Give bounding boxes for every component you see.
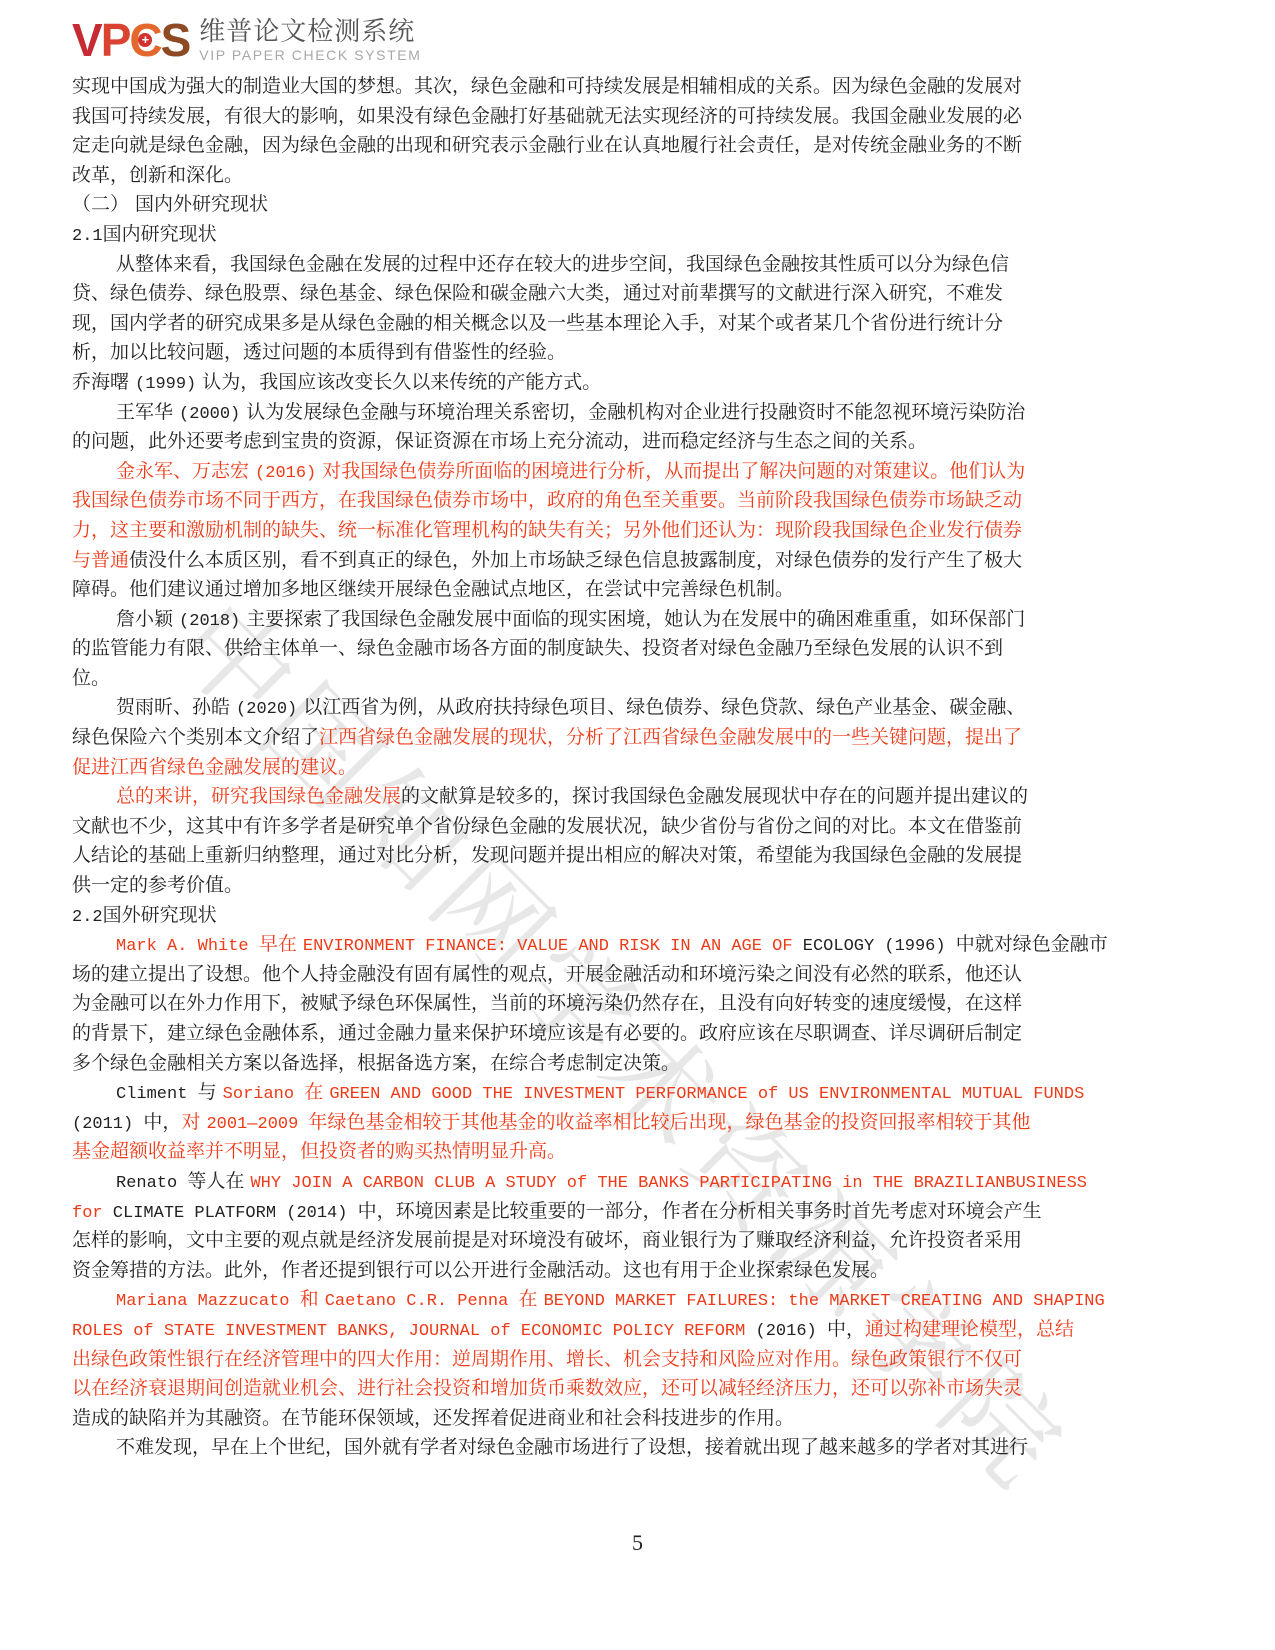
text-segment: (1999): [135, 375, 196, 394]
text-line: 贺雨昕、孙皓 (2020) 以江西省为例，从政府扶持绿色项目、绿色债券、绿色贷款…: [72, 693, 1138, 723]
text-segment: 改革，创新和深化。: [72, 164, 243, 186]
document-header: V P C+ S 维普论文检测系统 VIP PAPER CHECK SYSTEM: [72, 16, 421, 72]
text-segment: (2016): [745, 1322, 827, 1341]
text-line: (2011) 中，对 2001—2009 年绿色基金相较于其他基金的收益率相比较…: [72, 1108, 1138, 1138]
text-line: 文献也不少，这其中有许多学者是研究单个省份绿色金融的发展状况，缺少省份与省份之间…: [72, 812, 1138, 842]
text-segment: 为金融可以在外力作用下，被赋予绿色环保属性，当前的环境污染仍然存在，且没有向好转…: [72, 992, 1022, 1014]
logo-title-cn: 维普论文检测系统: [199, 16, 421, 48]
highlighted-text: 我国绿色债券市场不同于西方，在我国绿色债券市场中，政府的角色至关重要。当前阶段我…: [72, 489, 1022, 511]
text-line: 析，加以比较问题，透过问题的本质得到有借鉴性的经验。: [72, 338, 1138, 368]
text-segment: 认为发展绿色金融与环境治理关系密切，金融机构对企业进行投融资时不能忽视环境污染防…: [240, 401, 1025, 423]
text-segment: 詹小颖: [116, 608, 179, 630]
text-segment: 认为，我国应该改变长久以来传统的产能方式。: [196, 371, 601, 393]
text-segment: 不难发现，早在上个世纪，国外就有学者对绿色金融市场进行了设想，接着就出现了越来越…: [116, 1436, 1028, 1458]
text-segment: Climent: [116, 1085, 198, 1104]
highlighted-text: 力，这主要和激励机制的缺失、统一标准化管理机构的缺失有关；另外他们还认为：现阶段…: [72, 519, 1022, 541]
highlighted-text: Mark A. White: [116, 937, 259, 956]
highlighted-text: Mariana Mazzucato: [116, 1292, 300, 1311]
text-line: for CLIMATE PLATFORM (2014) 中，环境因素是比较重要的…: [72, 1197, 1138, 1227]
text-line: 实现中国成为强大的制造业大国的梦想。其次，绿色金融和可持续发展是相辅相成的关系。…: [72, 72, 1138, 102]
text-segment: 2.2: [72, 908, 103, 927]
text-line: 金永军、万志宏 (2016) 对我国绿色债券所面临的困境进行分析，从而提出了解决…: [72, 457, 1138, 487]
highlighted-text: WHY JOIN A CARBON CLUB A STUDY of THE BA…: [250, 1174, 1087, 1193]
text-segment: 中，环境因素是比较重要的一部分，作者在分析相关事务时首先考虑对环境会产生: [358, 1200, 1042, 1222]
highlighted-text: 和: [300, 1288, 325, 1310]
text-line: 乔海曙 (1999) 认为，我国应该改变长久以来传统的产能方式。: [72, 368, 1138, 398]
text-segment: (2000): [179, 405, 240, 424]
text-line: Climent 与 Soriano 在 GREEN AND GOOD THE I…: [72, 1078, 1138, 1108]
highlighted-text: 2001—2009: [206, 1115, 308, 1134]
highlighted-text: 出绿色政策性银行在经济管理中的四大作用：逆周期作用、增长、机会支持和风险应对作用…: [72, 1348, 1022, 1370]
text-line: 王军华 (2000) 认为发展绿色金融与环境治理关系密切，金融机构对企业进行投融…: [72, 398, 1138, 428]
text-segment: 现，国内学者的研究成果多是从绿色金融的相关概念以及一些基本理论入手，对某个或者某…: [72, 312, 1003, 334]
highlighted-text: 总的来讲，研究我国绿色金融发展: [116, 785, 401, 807]
text-line: 与普通债没什么本质区别，看不到真正的绿色，外加上市场缺乏绿色信息披露制度，对绿色…: [72, 546, 1138, 576]
page-number: 5: [0, 1530, 1275, 1556]
text-segment: 债没什么本质区别，看不到真正的绿色，外加上市场缺乏绿色信息披露制度，对绿色债券的…: [129, 549, 1022, 571]
highlighted-text: 以在经济衰退期间创造就业机会、进行社会投资和增加货币乘数效应，还可以减轻经济压力…: [72, 1377, 1022, 1399]
text-line: Renato 等人在 WHY JOIN A CARBON CLUB A STUD…: [72, 1167, 1138, 1197]
text-segment: 多个绿色金融相关方案以备选择，根据备选方案，在综合考虑制定决策。: [72, 1052, 680, 1074]
text-line: 我国绿色债券市场不同于西方，在我国绿色债券市场中，政府的角色至关重要。当前阶段我…: [72, 486, 1138, 516]
logo-letter-c: C+: [129, 16, 160, 64]
highlighted-text: 年绿色基金相较于其他基金的收益率相比较后出现，绿色基金的投资回报率相较于其他: [309, 1111, 1031, 1133]
text-line: 的监管能力有限、供给主体单一、绿色金融市场各方面的制度缺失、投资者对绿色金融乃至…: [72, 634, 1138, 664]
text-line: 造成的缺陷并为其融资。在节能环保领域，还发挥着促进商业和社会科技进步的作用。: [72, 1404, 1138, 1434]
text-segment: 定走向就是绿色金融，因为绿色金融的出现和研究表示金融行业在认真地履行社会责任，是…: [72, 134, 1022, 156]
highlighted-text: GREEN AND GOOD THE INVESTMENT PERFORMANC…: [329, 1085, 1084, 1104]
text-line: 多个绿色金融相关方案以备选择，根据备选方案，在综合考虑制定决策。: [72, 1049, 1138, 1079]
text-segment: 国外研究现状: [103, 904, 217, 926]
highlighted-text: for: [72, 1204, 103, 1223]
text-segment: 位。: [72, 667, 110, 689]
text-line: 位。: [72, 664, 1138, 694]
text-segment: 实现中国成为强大的制造业大国的梦想。其次，绿色金融和可持续发展是相辅相成的关系。…: [72, 75, 1022, 97]
text-segment: 文献也不少，这其中有许多学者是研究单个省份绿色金融的发展状况，缺少省份与省份之间…: [72, 815, 1022, 837]
text-segment: 与: [198, 1081, 223, 1103]
text-line: 资金筹措的方法。此外，作者还提到银行可以公开进行金融活动。这也有用于企业探索绿色…: [72, 1256, 1138, 1286]
text-line: 改革，创新和深化。: [72, 161, 1138, 191]
highlighted-text: 促进江西省绿色金融发展的建议。: [72, 756, 357, 778]
highlighted-text: 金永军、万志宏: [116, 460, 255, 482]
text-segment: (2020): [236, 700, 297, 719]
text-segment: 贺雨昕、孙皓: [116, 696, 236, 718]
text-segment: 障碍。他们建议通过增加多地区继续开展绿色金融试点地区，在尝试中完善绿色机制。: [72, 578, 794, 600]
text-segment: 等人在: [187, 1170, 250, 1192]
text-segment: 中，: [143, 1111, 181, 1133]
text-line: 供一定的参考价值。: [72, 871, 1138, 901]
logo-text: 维普论文检测系统 VIP PAPER CHECK SYSTEM: [199, 16, 421, 63]
highlighted-text: 在: [519, 1288, 544, 1310]
text-segment: 造成的缺陷并为其融资。在节能环保领域，还发挥着促进商业和社会科技进步的作用。: [72, 1407, 794, 1429]
text-segment: 我国可持续发展，有很大的影响，如果没有绿色金融打好基础就无法实现经济的可持续发展…: [72, 105, 1022, 127]
text-segment: 析，加以比较问题，透过问题的本质得到有借鉴性的经验。: [72, 341, 566, 363]
text-line: 总的来讲，研究我国绿色金融发展的文献算是较多的，探讨我国绿色金融发展现状中存在的…: [72, 782, 1138, 812]
text-segment: 供一定的参考价值。: [72, 874, 243, 896]
highlighted-text: ENVIRONMENT FINANCE: VALUE AND RISK IN A…: [303, 937, 793, 956]
text-segment: CLIMATE PLATFORM (2014): [103, 1204, 358, 1223]
text-line: 促进江西省绿色金融发展的建议。: [72, 753, 1138, 783]
text-line: Mark A. White 早在 ENVIRONMENT FINANCE: VA…: [72, 930, 1138, 960]
text-line: 詹小颖 (2018) 主要探索了我国绿色金融发展中面临的现实困境，她认为在发展中…: [72, 605, 1138, 635]
text-segment: (2018): [179, 612, 240, 631]
text-line: 现，国内学者的研究成果多是从绿色金融的相关概念以及一些基本理论入手，对某个或者某…: [72, 309, 1138, 339]
text-segment: （二） 国内外研究现状: [72, 193, 268, 215]
text-segment: Renato: [116, 1174, 187, 1193]
text-segment: 中，: [827, 1318, 865, 1340]
highlighted-text: 对我国绿色债券所面临的困境进行分析，从而提出了解决问题的对策建议。他们认为: [316, 460, 1025, 482]
document-body: 实现中国成为强大的制造业大国的梦想。其次，绿色金融和可持续发展是相辅相成的关系。…: [72, 72, 1138, 1463]
highlighted-text: 江西省绿色金融发展的现状，分析了江西省绿色金融发展中的一些关键问题，提出了: [319, 726, 1022, 748]
text-line: 怎样的影响，文中主要的观点就是经济发展前提是对环境没有破坏，商业银行为了赚取经济…: [72, 1226, 1138, 1256]
text-segment: 的文献算是较多的，探讨我国绿色金融发展现状中存在的问题并提出建议的: [401, 785, 1028, 807]
text-segment: 中就对绿色金融市: [956, 933, 1108, 955]
text-line: 2.2国外研究现状: [72, 901, 1138, 931]
text-line: 的问题，此外还要考虑到宝贵的资源，保证资源在市场上充分流动，进而稳定经济与生态之…: [72, 427, 1138, 457]
text-line: ROLES of STATE INVESTMENT BANKS, JOURNAL…: [72, 1315, 1138, 1345]
text-segment: 的问题，此外还要考虑到宝贵的资源，保证资源在市场上充分流动，进而稳定经济与生态之…: [72, 430, 927, 452]
text-segment: 的背景下，建立绿色金融体系，通过金融力量来保护环境应该是有必要的。政府应该在尽职…: [72, 1022, 1022, 1044]
text-line: 我国可持续发展，有很大的影响，如果没有绿色金融打好基础就无法实现经济的可持续发展…: [72, 102, 1138, 132]
text-segment: 国内研究现状: [103, 223, 217, 245]
highlighted-text: BEYOND MARKET FAILURES: the MARKET CREAT…: [544, 1292, 1105, 1311]
text-line: 力，这主要和激励机制的缺失、统一标准化管理机构的缺失有关；另外他们还认为：现阶段…: [72, 516, 1138, 546]
text-line: 出绿色政策性银行在经济管理中的四大作用：逆周期作用、增长、机会支持和风险应对作用…: [72, 1345, 1138, 1375]
text-segment: 王军华: [116, 401, 179, 423]
logo-letter-v: V: [72, 16, 101, 64]
text-line: 绿色保险六个类别本文介绍了江西省绿色金融发展的现状，分析了江西省绿色金融发展中的…: [72, 723, 1138, 753]
highlighted-text: (2016): [255, 464, 316, 483]
text-segment: 贷、绿色债券、绿色股票、绿色基金、绿色保险和碳金融六大类，通过对前辈撰写的文献进…: [72, 282, 1003, 304]
text-line: 障碍。他们建议通过增加多地区继续开展绿色金融试点地区，在尝试中完善绿色机制。: [72, 575, 1138, 605]
logo-letter-s: S: [161, 16, 190, 64]
highlighted-text: 通过构建理论模型，总结: [865, 1318, 1074, 1340]
text-line: 场的建立提出了设想。他个人持金融没有固有属性的观点，开展金融活动和环境污染之间没…: [72, 960, 1138, 990]
highlighted-text: 对: [181, 1111, 206, 1133]
text-segment: 人结论的基础上重新归纳整理，通过对比分析，发现问题并提出相应的解决对策，希望能为…: [72, 844, 1022, 866]
text-segment: 怎样的影响，文中主要的观点就是经济发展前提是对环境没有破坏，商业银行为了赚取经济…: [72, 1229, 1022, 1251]
text-segment: 的监管能力有限、供给主体单一、绿色金融市场各方面的制度缺失、投资者对绿色金融乃至…: [72, 637, 1003, 659]
text-segment: 资金筹措的方法。此外，作者还提到银行可以公开进行金融活动。这也有用于企业探索绿色…: [72, 1259, 889, 1281]
highlighted-text: 早在: [259, 933, 303, 955]
text-line: （二） 国内外研究现状: [72, 190, 1138, 220]
highlighted-text: 在: [304, 1081, 329, 1103]
text-segment: 绿色保险六个类别本文介绍了: [72, 726, 319, 748]
text-line: 从整体来看，我国绿色金融在发展的过程中还存在较大的进步空间，我国绿色金融按其性质…: [72, 250, 1138, 280]
text-segment: 2.1: [72, 227, 103, 246]
text-segment: 主要探索了我国绿色金融发展中面临的现实困境，她认为在发展中的确困难重重，如环保部…: [240, 608, 1025, 630]
text-line: 定走向就是绿色金融，因为绿色金融的出现和研究表示金融行业在认真地履行社会责任，是…: [72, 131, 1138, 161]
text-segment: 场的建立提出了设想。他个人持金融没有固有属性的观点，开展金融活动和环境污染之间没…: [72, 963, 1022, 985]
text-segment: 以江西省为例，从政府扶持绿色项目、绿色债券、绿色贷款、绿色产业基金、碳金融、: [297, 696, 1025, 718]
vpcs-logo-icon: V P C+ S: [72, 16, 189, 64]
highlighted-text: 基金超额收益率并不明显，但投资者的购买热情明显升高。: [72, 1140, 566, 1162]
highlighted-text: 与普通: [72, 549, 129, 571]
text-line: 以在经济衰退期间创造就业机会、进行社会投资和增加货币乘数效应，还可以减轻经济压力…: [72, 1374, 1138, 1404]
text-line: 基金超额收益率并不明显，但投资者的购买热情明显升高。: [72, 1137, 1138, 1167]
highlighted-text: Caetano C.R. Penna: [325, 1292, 519, 1311]
text-segment: (2011): [72, 1115, 143, 1134]
logo-title-en: VIP PAPER CHECK SYSTEM: [199, 47, 421, 63]
text-line: Mariana Mazzucato 和 Caetano C.R. Penna 在…: [72, 1285, 1138, 1315]
text-line: 为金融可以在外力作用下，被赋予绿色环保属性，当前的环境污染仍然存在，且没有向好转…: [72, 989, 1138, 1019]
text-line: 贷、绿色债券、绿色股票、绿色基金、绿色保险和碳金融六大类，通过对前辈撰写的文献进…: [72, 279, 1138, 309]
text-line: 的背景下，建立绿色金融体系，通过金融力量来保护环境应该是有必要的。政府应该在尽职…: [72, 1019, 1138, 1049]
text-line: 2.1国内研究现状: [72, 220, 1138, 250]
text-segment: 从整体来看，我国绿色金融在发展的过程中还存在较大的进步空间，我国绿色金融按其性质…: [116, 253, 1009, 275]
highlighted-text: Soriano: [223, 1085, 305, 1104]
text-segment: 乔海曙: [72, 371, 135, 393]
highlighted-text: ROLES of STATE INVESTMENT BANKS, JOURNAL…: [72, 1322, 745, 1341]
text-segment: ECOLOGY (1996): [793, 937, 956, 956]
logo-letter-p: P: [101, 16, 130, 64]
text-line: 不难发现，早在上个世纪，国外就有学者对绿色金融市场进行了设想，接着就出现了越来越…: [72, 1433, 1138, 1463]
text-line: 人结论的基础上重新归纳整理，通过对比分析，发现问题并提出相应的解决对策，希望能为…: [72, 841, 1138, 871]
